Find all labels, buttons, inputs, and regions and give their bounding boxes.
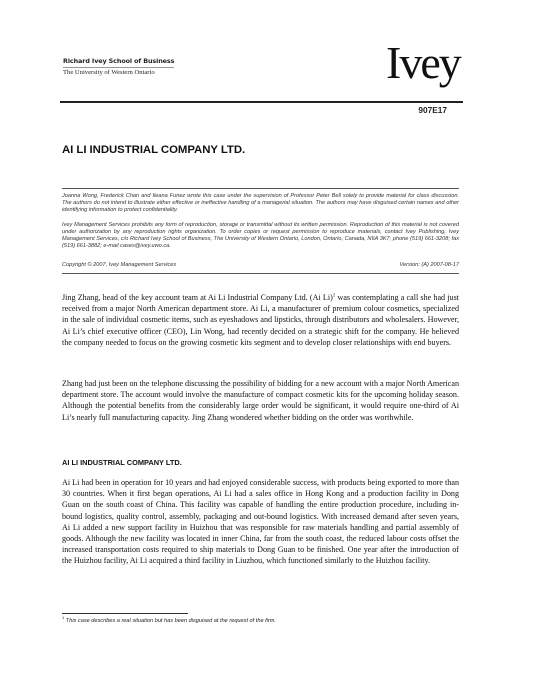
header-rule xyxy=(60,101,463,103)
version-text: Version: (A) 2007-08-17 xyxy=(400,262,460,268)
footnote-rule xyxy=(62,613,188,614)
authors-note: Joanna Wong, Frederick Chan and Ileana F… xyxy=(62,193,459,214)
authors-note-text: Joanna Wong, Frederick Chan and Ileana F… xyxy=(62,193,459,214)
document-title: AI LI INDUSTRIAL COMPANY LTD. xyxy=(62,144,245,156)
disclaimer-top-rule xyxy=(62,188,459,189)
second-paragraph: Zhang had just been on the telephone dis… xyxy=(62,378,459,423)
intro-text-start: Jing Zhang, head of the key account team… xyxy=(62,293,333,302)
footnote-text: This case describes a real situation but… xyxy=(64,618,276,624)
university-name: The University of Western Ontario xyxy=(63,69,155,76)
section-heading: AI LI INDUSTRIAL COMPANY LTD. xyxy=(62,458,182,467)
second-paragraph-text: Zhang had just been on the telephone dis… xyxy=(62,378,459,423)
disclaimer-bottom-rule xyxy=(62,273,459,274)
footnote: 1 This case describes a real situation b… xyxy=(62,618,276,624)
company-paragraph-text: Ai Li had been in operation for 10 years… xyxy=(62,477,459,567)
intro-paragraph: Jing Zhang, head of the key account team… xyxy=(62,292,459,348)
reproduction-note-text: Ivey Management Services prohibits any f… xyxy=(62,222,459,250)
copyright-line: Copyright © 2007, Ivey Management Servic… xyxy=(62,262,459,268)
ivey-logo: Ivey xyxy=(386,40,460,86)
copyright-text: Copyright © 2007, Ivey Management Servic… xyxy=(62,262,176,268)
reproduction-note: Ivey Management Services prohibits any f… xyxy=(62,222,459,250)
school-divider xyxy=(63,67,174,68)
company-paragraph: Ai Li had been in operation for 10 years… xyxy=(62,477,459,567)
case-number: 907E17 xyxy=(418,105,447,115)
school-name: Richard Ivey School of Business xyxy=(63,57,174,65)
